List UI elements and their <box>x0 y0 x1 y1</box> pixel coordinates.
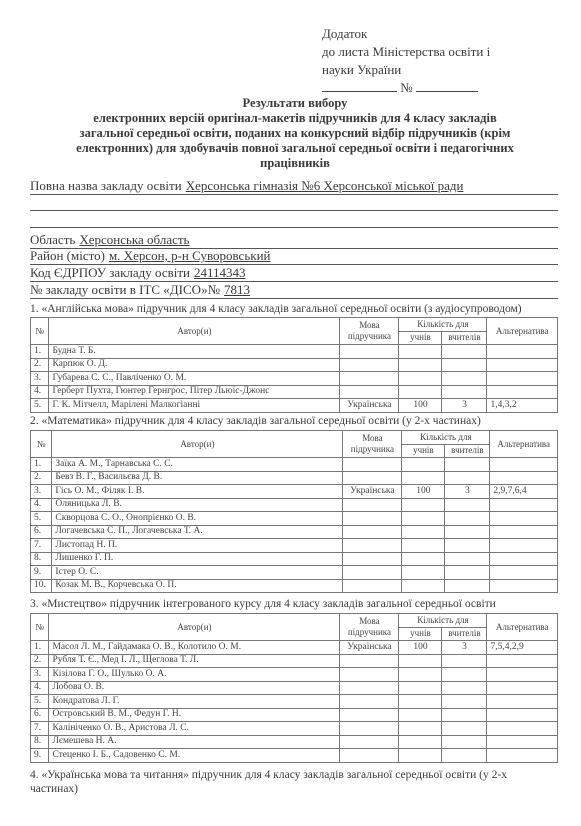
table-row: 3.Кізілова Г. О., Шулько О. А. <box>31 668 558 682</box>
title-line-3: загальної середньої освіти, поданих на к… <box>30 126 560 141</box>
section-3-title: 3. «Мистецтво» підручник інтегрованого к… <box>30 597 560 611</box>
header-quantity: Кількість для <box>402 431 490 445</box>
alternative-cell <box>490 579 558 593</box>
pupils-cell <box>399 735 442 749</box>
author-cell: Калініченко О. В., Аристова Л. С. <box>49 722 340 736</box>
pupils-cell <box>399 345 442 359</box>
language-cell <box>340 345 399 359</box>
date-blank <box>322 79 397 92</box>
table-row: 2.Бевз В. Г., Васильєва Д. В. <box>31 471 558 485</box>
alternative-cell <box>490 458 558 472</box>
author-cell: Оляницька Л. В. <box>52 498 343 512</box>
table-row: 8.Лємешева Н. А. <box>31 735 558 749</box>
teachers-cell <box>442 722 487 736</box>
language-cell <box>340 681 399 695</box>
alternative-cell <box>490 566 558 580</box>
table-row: 3.Гісь О. М., Філяк І. В.Українська10032… <box>31 485 558 499</box>
pupils-cell <box>399 372 442 386</box>
teachers-cell <box>445 512 490 526</box>
table-row: 9.Стеценко І. Б., Садовенко С. М. <box>31 749 558 763</box>
alternative-cell: 1,4,3,2 <box>487 399 558 413</box>
row-number: 8. <box>31 552 52 566</box>
pupils-cell <box>399 722 442 736</box>
teachers-cell: 3 <box>442 399 487 413</box>
row-number: 5. <box>31 399 49 413</box>
header-alternative: Альтернатива <box>490 431 558 458</box>
teachers-cell <box>445 525 490 539</box>
alternative-cell <box>490 525 558 539</box>
table-row: 5.Кондратова Л. Г. <box>31 695 558 709</box>
row-number: 5. <box>31 512 52 526</box>
alternative-cell: 2,9,7,6,4 <box>490 485 558 499</box>
table-row: 6.Логачевська С. П., Логачевська Т. А. <box>31 525 558 539</box>
pupils-cell <box>399 358 442 372</box>
pupils-cell <box>402 512 445 526</box>
section-2-table: № Автор(и) Мова підручника Кількість для… <box>30 430 558 593</box>
header-pupils: учнів <box>402 444 445 458</box>
author-cell: Островський В. М., Федун Г. Н. <box>49 708 340 722</box>
row-number: 9. <box>31 749 49 763</box>
title-line-4: електронних) для здобувачів повної загал… <box>30 141 560 156</box>
pupils-cell <box>399 654 442 668</box>
alternative-cell <box>487 358 558 372</box>
author-cell: Бевз В. Г., Васильєва Д. В. <box>52 471 343 485</box>
table-row: 7.Листопад Н. П. <box>31 539 558 553</box>
language-cell <box>340 654 399 668</box>
author-cell: Рубля Т. Є., Мед І. Л., Щеглова Т. Л. <box>49 654 340 668</box>
teachers-cell <box>445 539 490 553</box>
pupils-cell <box>402 566 445 580</box>
table-row: 1.Масол Л. М., Гайдамака О. В., Колотило… <box>31 641 558 655</box>
title-line-5: працівників <box>30 156 560 171</box>
language-cell <box>340 749 399 763</box>
language-cell <box>343 512 402 526</box>
author-cell: Листопад Н. П. <box>52 539 343 553</box>
header-teachers: вчителів <box>442 627 487 641</box>
language-cell <box>343 525 402 539</box>
header-num: № <box>31 431 52 458</box>
author-cell: Лємешева Н. А. <box>49 735 340 749</box>
language-cell <box>343 566 402 580</box>
alternative-cell <box>487 708 558 722</box>
teachers-cell: 3 <box>442 641 487 655</box>
row-number: 4. <box>31 385 49 399</box>
row-number: 3. <box>31 668 49 682</box>
header-teachers: вчителів <box>445 444 490 458</box>
teachers-cell <box>442 735 487 749</box>
table-row: 2.Карпюк О. Д. <box>31 358 558 372</box>
pupils-cell: 100 <box>399 641 442 655</box>
table-row: 5.Г. К. Мітчелл, Марілені МалкогіанніУкр… <box>31 399 558 413</box>
row-number: 10. <box>31 579 52 593</box>
language-cell <box>340 385 399 399</box>
document-title: Результати вибору електронних версій ори… <box>30 96 560 171</box>
language-cell <box>340 668 399 682</box>
author-cell: Кізілова Г. О., Шулько О. А. <box>49 668 340 682</box>
author-cell: Заїка А. М., Тарнавська С. С. <box>52 458 343 472</box>
teachers-cell <box>445 566 490 580</box>
title-line-1: Результати вибору <box>30 96 560 111</box>
pupils-cell <box>402 552 445 566</box>
table-row: 7.Калініченко О. В., Аристова Л. С. <box>31 722 558 736</box>
row-number: 3. <box>31 485 52 499</box>
pupils-cell <box>399 668 442 682</box>
alternative-cell <box>487 681 558 695</box>
number-blank <box>416 79 478 92</box>
its-value: 7813 <box>224 282 250 297</box>
teachers-cell: 3 <box>445 485 490 499</box>
alternative-cell <box>490 498 558 512</box>
teachers-cell <box>442 372 487 386</box>
row-number: 6. <box>31 525 52 539</box>
its-field: № закладу освіти в ІТС «ДІСО»№7813 <box>30 282 558 299</box>
alternative-cell <box>487 372 558 386</box>
stamp-line-2: до листа Міністерства освіти і <box>322 43 562 61</box>
alternative-cell <box>490 539 558 553</box>
table-row: 4.Оляницька Л. В. <box>31 498 558 512</box>
pupils-cell <box>402 498 445 512</box>
teachers-cell <box>442 358 487 372</box>
section-1-table: № Автор(и) Мова підручника Кількість для… <box>30 317 558 413</box>
pupils-cell <box>402 471 445 485</box>
author-cell: Скворцова С. О., Онопрієнко О. В. <box>52 512 343 526</box>
row-number: 2. <box>31 654 49 668</box>
alternative-cell <box>487 735 558 749</box>
pupils-cell <box>402 458 445 472</box>
teachers-cell <box>442 681 487 695</box>
language-cell <box>340 358 399 372</box>
author-cell: Логачевська С. П., Логачевська Т. А. <box>52 525 343 539</box>
header-language: Мова підручника <box>340 318 399 345</box>
language-cell <box>343 458 402 472</box>
pupils-cell: 100 <box>402 485 445 499</box>
author-cell: Будна Т. Б. <box>49 345 340 359</box>
row-number: 4. <box>31 498 52 512</box>
teachers-cell <box>442 654 487 668</box>
section-2-title: 2. «Математика» підручник для 4 класу за… <box>30 414 560 428</box>
alternative-cell <box>487 722 558 736</box>
alternative-cell <box>490 471 558 485</box>
row-number: 7. <box>31 539 52 553</box>
alternative-cell <box>487 345 558 359</box>
header-language: Мова підручника <box>340 614 399 641</box>
pupils-cell <box>402 525 445 539</box>
language-cell <box>340 695 399 709</box>
language-cell: Українська <box>340 399 399 413</box>
header-quantity: Кількість для <box>399 614 487 628</box>
teachers-cell <box>442 668 487 682</box>
table-row: 5.Скворцова С. О., Онопрієнко О. В. <box>31 512 558 526</box>
language-cell <box>343 552 402 566</box>
district-value: м. Херсон, р-н Суворовський <box>109 248 271 263</box>
full-name-field: Повна назва закладу освітиХерсонська гім… <box>30 178 558 195</box>
pupils-cell <box>402 579 445 593</box>
row-number: 2. <box>31 358 49 372</box>
alternative-cell <box>487 668 558 682</box>
alternative-cell <box>490 512 558 526</box>
language-cell <box>340 735 399 749</box>
pupils-cell <box>399 749 442 763</box>
region-field: ОбластьХерсонська область <box>30 232 558 249</box>
table-row: 9.Істер О. С. <box>31 566 558 580</box>
teachers-cell <box>442 749 487 763</box>
alternative-cell: 7,5,4,2,9 <box>487 641 558 655</box>
author-cell: Карпюк О. Д. <box>49 358 340 372</box>
alternative-cell <box>490 552 558 566</box>
language-cell <box>343 579 402 593</box>
full-name-value: Херсонська гімназія №6 Херсонської міськ… <box>186 178 464 193</box>
pupils-cell: 100 <box>399 399 442 413</box>
section-3-table: № Автор(и) Мова підручника Кількість для… <box>30 613 558 763</box>
row-number: 4. <box>31 681 49 695</box>
teachers-cell <box>442 345 487 359</box>
row-number: 1. <box>31 641 49 655</box>
table-row: 1.Заїка А. М., Тарнавська С. С. <box>31 458 558 472</box>
edrpou-label: Код ЄДРПОУ закладу освіти <box>30 265 190 280</box>
table-row: 2.Рубля Т. Є., Мед І. Л., Щеглова Т. Л. <box>31 654 558 668</box>
region-label: Область <box>30 232 75 247</box>
row-number: 1. <box>31 345 49 359</box>
language-cell <box>340 722 399 736</box>
table-row: 8.Лишенко Г. П. <box>31 552 558 566</box>
stamp-line-1: Додаток <box>322 25 562 43</box>
edrpou-value: 24114343 <box>194 265 246 280</box>
blank-line-2 <box>30 227 558 228</box>
row-number: 8. <box>31 735 49 749</box>
author-cell: Герберт Пухта, Гюнтер Гернгрос, Пітер Ль… <box>49 385 340 399</box>
teachers-cell <box>445 552 490 566</box>
header-alternative: Альтернатива <box>487 614 558 641</box>
header-quantity: Кількість для <box>399 318 487 332</box>
author-cell: Масол Л. М., Гайдамака О. В., Колотило О… <box>49 641 340 655</box>
author-cell: Губарева С. С., Павліченко О. М. <box>49 372 340 386</box>
district-field: Район (місто)м. Херсон, р-н Суворовський <box>30 248 558 265</box>
language-cell <box>340 708 399 722</box>
author-cell: Козак М. В., Корчевська О. П. <box>52 579 343 593</box>
author-cell: Лобова О. В. <box>49 681 340 695</box>
alternative-cell <box>487 695 558 709</box>
row-number: 6. <box>31 708 49 722</box>
section-4-title: 4. «Українська мова та читання» підручни… <box>30 768 540 796</box>
edrpou-field: Код ЄДРПОУ закладу освіти24114343 <box>30 265 558 282</box>
teachers-cell <box>445 579 490 593</box>
table-row: 10.Козак М. В., Корчевська О. П. <box>31 579 558 593</box>
stamp-line-3: науки України <box>322 61 562 79</box>
author-cell: Г. К. Мітчелл, Марілені Малкогіанні <box>49 399 340 413</box>
teachers-cell <box>442 708 487 722</box>
row-number: 2. <box>31 471 52 485</box>
header-num: № <box>31 614 49 641</box>
table-row: 1.Будна Т. Б. <box>31 345 558 359</box>
row-number: 1. <box>31 458 52 472</box>
language-cell <box>343 471 402 485</box>
table-row: 6.Островський В. М., Федун Г. Н. <box>31 708 558 722</box>
region-value: Херсонська область <box>79 232 189 247</box>
pupils-cell <box>399 681 442 695</box>
blank-line-1 <box>30 210 558 211</box>
teachers-cell <box>445 458 490 472</box>
header-teachers: вчителів <box>442 331 487 345</box>
header-author: Автор(и) <box>49 318 340 345</box>
header-pupils: учнів <box>399 627 442 641</box>
pupils-cell <box>402 539 445 553</box>
header-num: № <box>31 318 49 345</box>
pupils-cell <box>399 385 442 399</box>
author-cell: Кондратова Л. Г. <box>49 695 340 709</box>
number-sign: № <box>400 80 412 95</box>
author-cell: Істер О. С. <box>52 566 343 580</box>
language-cell <box>343 539 402 553</box>
teachers-cell <box>445 471 490 485</box>
table-row: 3.Губарева С. С., Павліченко О. М. <box>31 372 558 386</box>
title-line-2: електронних версій оригінал-макетів підр… <box>30 111 560 126</box>
alternative-cell <box>487 749 558 763</box>
row-number: 9. <box>31 566 52 580</box>
pupils-cell <box>399 695 442 709</box>
language-cell <box>343 498 402 512</box>
teachers-cell <box>445 498 490 512</box>
teachers-cell <box>442 385 487 399</box>
district-label: Район (місто) <box>30 248 105 263</box>
alternative-cell <box>487 654 558 668</box>
alternative-cell <box>487 385 558 399</box>
language-cell: Українська <box>340 641 399 655</box>
header-author: Автор(и) <box>49 614 340 641</box>
author-cell: Гісь О. М., Філяк І. В. <box>52 485 343 499</box>
language-cell: Українська <box>343 485 402 499</box>
its-label: № закладу освіти в ІТС «ДІСО»№ <box>30 282 220 297</box>
author-cell: Стеценко І. Б., Садовенко С. М. <box>49 749 340 763</box>
header-pupils: учнів <box>399 331 442 345</box>
row-number: 5. <box>31 695 49 709</box>
table-row: 4.Лобова О. В. <box>31 681 558 695</box>
stamp-line-4: № <box>322 79 562 97</box>
pupils-cell <box>399 708 442 722</box>
row-number: 3. <box>31 372 49 386</box>
section-1-title: 1. «Англійська мова» підручник для 4 кла… <box>30 302 560 316</box>
header-author: Автор(и) <box>52 431 343 458</box>
language-cell <box>340 372 399 386</box>
author-cell: Лишенко Г. П. <box>52 552 343 566</box>
header-language: Мова підручника <box>343 431 402 458</box>
row-number: 7. <box>31 722 49 736</box>
full-name-label: Повна назва закладу освіти <box>30 178 182 193</box>
header-alternative: Альтернатива <box>487 318 558 345</box>
attachment-stamp: Додаток до листа Міністерства освіти і н… <box>322 25 562 97</box>
table-row: 4.Герберт Пухта, Гюнтер Гернгрос, Пітер … <box>31 385 558 399</box>
teachers-cell <box>442 695 487 709</box>
